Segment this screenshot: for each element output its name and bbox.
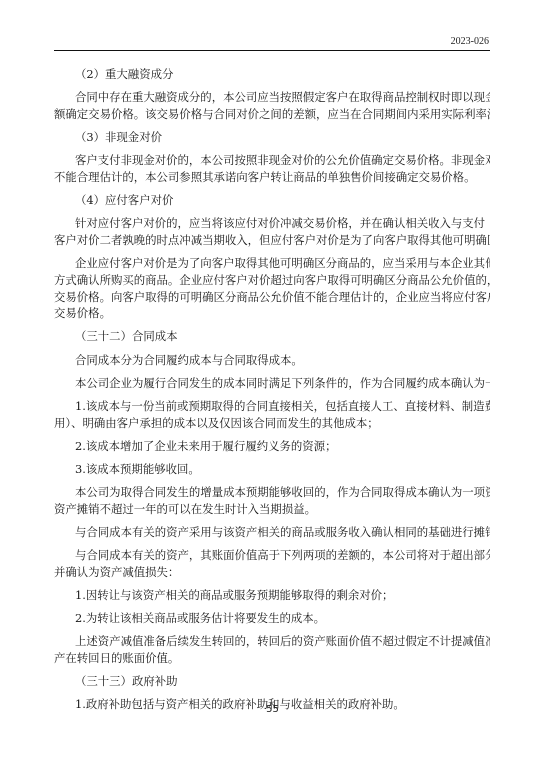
paragraph: 与合同成本有关的资产，其账面价值高于下列两项的差额的，本公司将对于超出部分计提减… [54, 547, 490, 581]
paragraph-line: 1.该成本与一份当前或预期取得的合同直接相关，包括直接人工、直接材料、制造费用（… [54, 398, 490, 415]
paragraph-line: 资产摊销不超过一年的可以在发生时计入当期损益。 [54, 501, 490, 518]
paragraph: 合同成本分为合同履约成本与合同取得成本。 [54, 352, 490, 369]
page-header: 2023-026 [54, 36, 490, 51]
document-code: 2023-026 [451, 36, 489, 48]
paragraph-line: 企业应付客户对价是为了向客户取得其他可明确区分商品的，应当采用与本企业其他采购相… [54, 255, 490, 272]
paragraph-line: 合同中存在重大融资成分的，本公司应当按照假定客户在取得商品控制权时即以现金支付的… [54, 89, 490, 106]
list-item: 3.该成本预期能够收回。 [54, 461, 490, 478]
paragraph-line: 并确认为资产减值损失： [54, 564, 490, 581]
paragraph-line: 额确定交易价格。该交易价格与合同对价之间的差额，应当在合同期间内采用实际利率法摊… [54, 106, 490, 123]
paragraph-line: 2.该成本增加了企业未来用于履行履约义务的资源； [54, 438, 490, 455]
paragraph-line: 上述资产减值准备后续发生转回的，转回后的资产账面价值不超过假定不计提减值准备情况… [54, 633, 490, 650]
heading-text: （2）重大融资成分 [54, 66, 490, 83]
heading-text: （三十三）政府补助 [54, 673, 490, 690]
list-item: 1.该成本与一份当前或预期取得的合同直接相关，包括直接人工、直接材料、制造费用（… [54, 398, 490, 432]
list-item: 2.为转让该相关商品或服务估计将要发生的成本。 [54, 610, 490, 627]
paragraph: 合同中存在重大融资成分的，本公司应当按照假定客户在取得商品控制权时即以现金支付的… [54, 89, 490, 123]
list-item: 1.因转让与该资产相关的商品或服务预期能够取得的剩余对价； [54, 587, 490, 604]
document-body: （2）重大融资成分 合同中存在重大融资成分的，本公司应当按照假定客户在取得商品控… [54, 66, 490, 713]
paragraph-line: 合同成本分为合同履约成本与合同取得成本。 [54, 352, 490, 369]
paragraph: 本公司为取得合同发生的增量成本预期能够收回的，作为合同取得成本确认为一项资产；但… [54, 484, 490, 518]
paragraph-line: 与合同成本有关的资产，其账面价值高于下列两项的差额的，本公司将对于超出部分计提减… [54, 547, 490, 564]
page-number: 55 [0, 704, 545, 715]
section-heading-government-grants: （三十三）政府补助 [54, 673, 490, 690]
paragraph-line: 客户支付非现金对价的，本公司按照非现金对价的公允价值确定交易价格。非现金对价的公… [54, 152, 490, 169]
paragraph: 针对应付客户对价的，应当将该应付对价冲减交易价格，并在确认相关收入与支付（或承诺… [54, 215, 490, 249]
paragraph-line: 1.因转让与该资产相关的商品或服务预期能够取得的剩余对价； [54, 587, 490, 604]
paragraph-line: 针对应付客户对价的，应当将该应付对价冲减交易价格，并在确认相关收入与支付（或承诺… [54, 215, 490, 232]
paragraph-line: 2.为转让该相关商品或服务估计将要发生的成本。 [54, 610, 490, 627]
section-heading-non-cash-consideration: （3）非现金对价 [54, 129, 490, 146]
list-item: 2.该成本增加了企业未来用于履行履约义务的资源； [54, 438, 490, 455]
paragraph-line: 交易价格。 [54, 305, 490, 322]
section-heading-contract-costs: （三十二）合同成本 [54, 328, 490, 345]
paragraph-line: 产在转回日的账面价值。 [54, 650, 490, 667]
paragraph-line: 客户对价二者孰晚的时点冲减当期收入，但应付客户对价是为了向客户取得其他可明确区分… [54, 232, 490, 249]
paragraph-line: 本公司为取得合同发生的增量成本预期能够收回的，作为合同取得成本确认为一项资产；但… [54, 484, 490, 501]
section-heading-significant-financing: （2）重大融资成分 [54, 66, 490, 83]
paragraph-line: 不能合理估计的，本公司参照其承诺向客户转让商品的单独售价间接确定交易价格。 [54, 169, 490, 186]
paragraph: 客户支付非现金对价的，本公司按照非现金对价的公允价值确定交易价格。非现金对价的公… [54, 152, 490, 186]
paragraph-line: 3.该成本预期能够收回。 [54, 461, 490, 478]
paragraph: 本公司企业为履行合同发生的成本同时满足下列条件的，作为合同履约成本确认为一项资产… [54, 375, 490, 392]
paragraph: 企业应付客户对价是为了向客户取得其他可明确区分商品的，应当采用与本企业其他采购相… [54, 255, 490, 322]
paragraph-line: 与合同成本有关的资产采用与该资产相关的商品或服务收入确认相同的基础进行摊销。 [54, 524, 490, 541]
paragraph-line: 本公司企业为履行合同发生的成本同时满足下列条件的，作为合同履约成本确认为一项资产… [54, 375, 490, 392]
paragraph-line: 用）、明确由客户承担的成本以及仅因该合同而发生的其他成本； [54, 415, 490, 432]
paragraph-line: 方式确认所购买的商品。企业应付客户对价超过向客户取得可明确区分商品公允价值的，超… [54, 272, 490, 289]
heading-text: （4）应付客户对价 [54, 192, 490, 209]
heading-text: （3）非现金对价 [54, 129, 490, 146]
paragraph-line: 交易价格。向客户取得的可明确区分商品公允价值不能合理估计的，企业应当将应付客户对… [54, 289, 490, 306]
paragraph: 与合同成本有关的资产采用与该资产相关的商品或服务收入确认相同的基础进行摊销。 [54, 524, 490, 541]
section-heading-consideration-payable: （4）应付客户对价 [54, 192, 490, 209]
paragraph: 上述资产减值准备后续发生转回的，转回后的资产账面价值不超过假定不计提减值准备情况… [54, 633, 490, 667]
heading-text: （三十二）合同成本 [54, 328, 490, 345]
